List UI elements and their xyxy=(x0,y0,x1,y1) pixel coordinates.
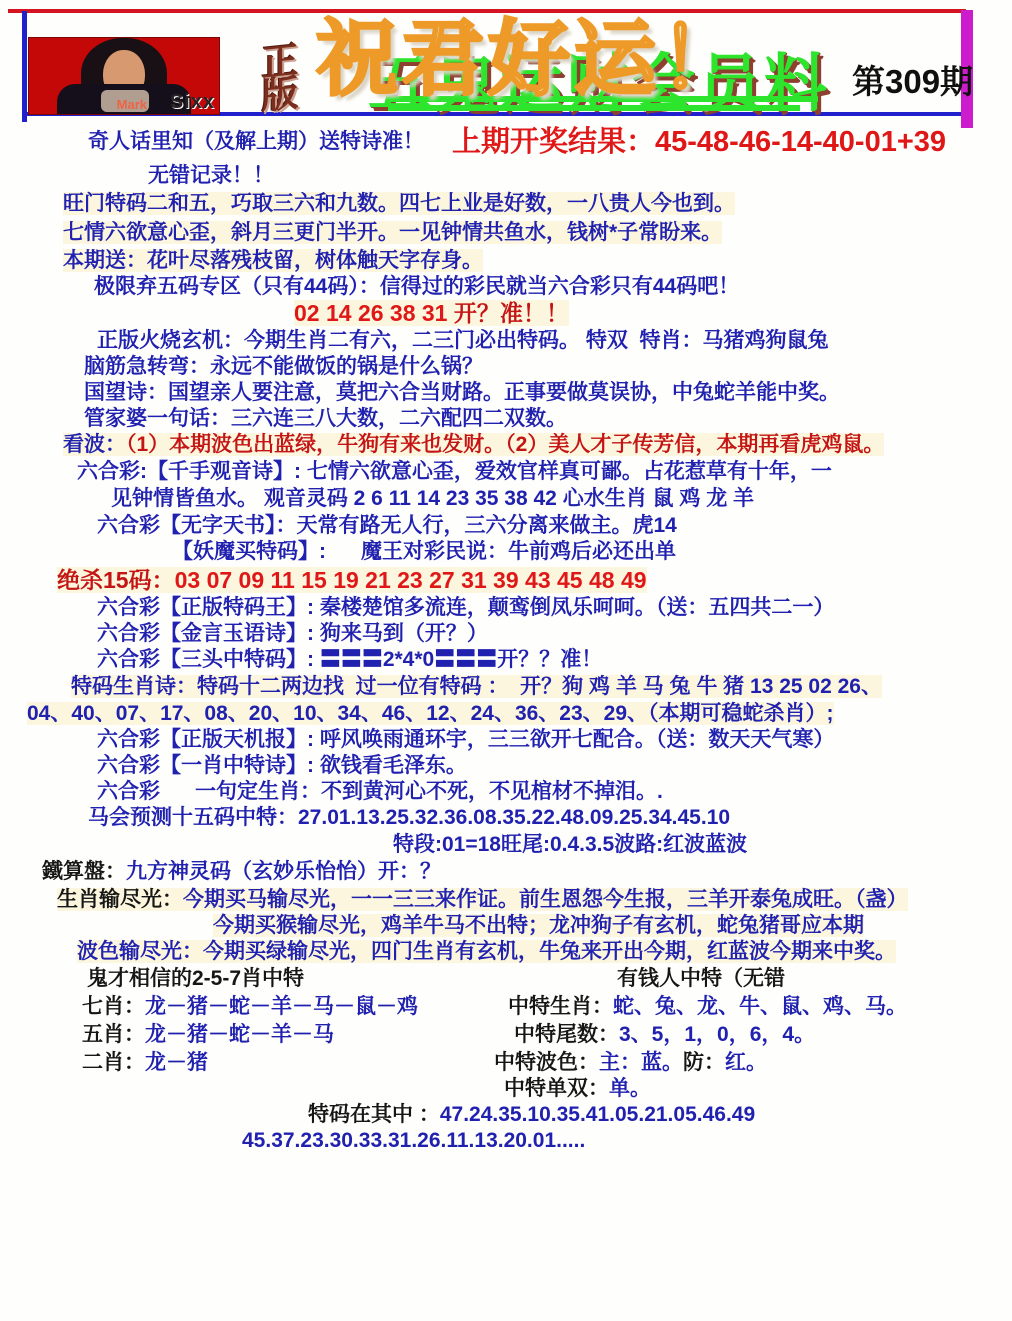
text-segment: 六合彩【三头中特码】: xyxy=(97,648,320,671)
body-line: 无错记录！！ xyxy=(0,162,1012,189)
left-blue-border xyxy=(22,11,27,122)
body-line: 六合彩【金言玉语诗】: 狗来马到（开？） xyxy=(0,621,1012,647)
body-line: 管家婆一句话：三六连三八大数，二六配四二双数。 xyxy=(0,406,1012,432)
text-segment: 防： xyxy=(683,1051,725,1074)
text-segment: 极限弃五码专区（只有44码）：信得过的彩民就当六合彩只有44码吧！ xyxy=(94,275,739,298)
text-segment: 花叶尽落残枝留，树体触天字存身。 xyxy=(147,249,483,272)
text-segment: 不到黄河心不死，不见棺材不掉泪。. xyxy=(321,780,663,803)
body-line: 六合彩 一句定生肖：不到黄河心不死，不见棺材不掉泪。. xyxy=(0,779,1012,805)
text-segment: 正版火烧玄机： xyxy=(97,329,244,352)
line-column: 中特生肖：蛇、兔、龙、牛、鼠、鸡、马。 xyxy=(508,993,907,1021)
body-line: 旺门特码二和五，巧取三六和九数。四七上业是好数，一八贵人今也到。 xyxy=(0,189,1012,218)
line-column: 中特尾数：3、5，1，0，6，4。 xyxy=(514,1021,815,1049)
body-line: 鬼才相信的2-5-7肖中特有钱人中特（无错 xyxy=(0,965,1012,993)
body-line: 六合彩:【千手观音诗】: 七情六欲意心歪，爱效官样真可鄙。占花惹草有十年，一 xyxy=(0,458,1012,485)
marksix-logo-red: Mark xyxy=(117,97,147,112)
text-segment: 鬼才相信的2-5-7肖中特 xyxy=(87,967,304,990)
text-segment: 上期开奖结果：45-48-46-14-40-01+39 xyxy=(452,126,946,158)
text-segment: 无错记录！！ xyxy=(148,164,274,187)
text-segment: 【妖魔买特码】: xyxy=(172,540,361,563)
body-line: 六合彩【正版特码王】: 秦楼楚馆多流连，颠鸾倒凤乐呵呵。（送：五四共二一） xyxy=(0,595,1012,621)
body-line: 六合彩【正版天机报】: 呼风唤雨通环宇，三三欲开七配合。（送：数天天气寒） xyxy=(0,727,1012,753)
text-segment: 45.37.23.30.33.31.26.11.13.20.01..... xyxy=(242,1129,585,1152)
text-segment: 国望诗： xyxy=(84,381,168,404)
text-segment: 生肖输尽光： xyxy=(57,888,183,911)
text-segment: （1）本期波色出蓝绿，牛狗有来也发财。（2）美人才子传芳信，本期再看虎鸡鼠。 xyxy=(126,433,884,456)
text-segment: 02 14 26 38 31 xyxy=(294,300,454,326)
body-line: 中特单双：单。 xyxy=(0,1076,1012,1102)
text-segment: 开？准！！ xyxy=(454,300,569,326)
text-segment: 中特波色： xyxy=(494,1051,599,1074)
line-column: 鬼才相信的2-5-7肖中特 xyxy=(87,965,304,993)
text-segment: 特码生肖诗： xyxy=(71,675,197,698)
text-segment: 03 07 09 11 15 19 21 23 27 31 39 43 45 4… xyxy=(175,567,647,593)
text-segment: 马会预测十五码中特： xyxy=(88,806,298,829)
good-luck-wish: 祝君好运！ xyxy=(316,0,1012,111)
text-segment: 本期送： xyxy=(63,249,147,272)
text-segment: 六合彩【正版特码王】: xyxy=(97,596,320,619)
text-segment: 五肖： xyxy=(82,1023,145,1046)
text-segment: 红。 xyxy=(725,1051,767,1074)
body-line: 五肖：龙－猪－蛇－羊－马中特尾数：3、5，1，0，6，4。 xyxy=(0,1021,1012,1049)
body-line: 六合彩【三头中特码】: 〓〓〓2*4*0〓〓〓开？？准！ xyxy=(0,647,1012,673)
line-column: 二肖：龙－猪 xyxy=(82,1049,208,1076)
body-line: 奇人话里知（及解上期）送特诗准！上期开奖结果：45-48-46-14-40-01… xyxy=(0,122,1012,162)
text-segment: 九方神灵码（玄妙乐怡怡）开：？ xyxy=(126,860,441,883)
text-segment: 27.01.13.25.32.36.08.35.22.48.09.25.34.4… xyxy=(298,806,730,829)
body-line: 七情六欲意心歪，斜月三更门半开。一见钟情共鱼水，钱树*子常盼来。 xyxy=(0,218,1012,247)
text-segment: 六合彩【无字天书】： xyxy=(97,514,297,537)
text-segment: 有钱人中特（无错 xyxy=(617,967,785,990)
body-line: 02 14 26 38 31 开？准！！ xyxy=(0,300,1012,327)
text-segment: 特码十二两边找 过一位有特码 ： 开？狗 鸡 羊 马 兔 牛 猪 13 25 0… xyxy=(197,675,882,698)
text-segment: 呼风唤雨通环宇，三三欲开七配合。（送：数天天气寒） xyxy=(320,728,835,751)
text-segment: 六合彩【金言玉语诗】: xyxy=(97,622,320,645)
text-segment: 永远不能做饭的锅是什么锅？ xyxy=(210,355,483,378)
body-line: 二肖：龙－猪中特波色：主：蓝。防：红。 xyxy=(0,1049,1012,1076)
text-segment: 天常有路无人行，三六分离来做主。虎14 xyxy=(297,514,677,537)
line-column: 上期开奖结果：45-48-46-14-40-01+39 xyxy=(452,122,946,165)
text-segment: 今期生肖二有六，二三门必出特码。 特双 特肖：马猪鸡狗鼠兔 xyxy=(244,329,829,352)
body-line: 马会预测十五码中特：27.01.13.25.32.36.08.35.22.48.… xyxy=(0,805,1012,831)
text-segment: 奇人话里知（及解上期）送特诗准！ xyxy=(88,130,424,153)
body-line: 绝杀15码：03 07 09 11 15 19 21 23 27 31 39 4… xyxy=(0,565,1012,595)
text-segment: 鐵算盤： xyxy=(42,860,126,883)
text-segment: 见钟情皆鱼水。 观音灵码 2 6 11 14 23 35 38 42 心水生肖 … xyxy=(111,487,754,510)
text-segment: 二肖： xyxy=(82,1051,145,1074)
body-line: 特码在其中 ：47.24.35.10.35.41.05.21.05.46.49 xyxy=(0,1102,1012,1128)
text-segment: 中特单双： xyxy=(504,1077,609,1100)
line-column: 奇人话里知（及解上期）送特诗准！ xyxy=(88,122,424,162)
text-segment: 六合彩:【千手观音诗】: xyxy=(77,460,307,483)
text-segment: 六合彩 一句定生肖： xyxy=(97,780,321,803)
text-segment: 今期买绿输尽光，四门生肖有玄机，牛兔来开出今期，红蓝波今期来中奖。 xyxy=(203,940,896,963)
text-segment: 七情六欲意心歪，斜月三更门半开。一见钟情共鱼水，钱树*子常盼来。 xyxy=(63,221,722,244)
body-line: 鐵算盤：九方神灵码（玄妙乐怡怡）开：？ xyxy=(0,858,1012,886)
text-segment: 特码在其中 ： xyxy=(308,1103,440,1126)
authenticity-stamp: 正版 xyxy=(258,40,295,122)
text-segment: 七情六欲意心歪，爱效官样真可鄙。占花惹草有十年，一 xyxy=(307,460,832,483)
text-segment: 旺门特码二和五，巧取三六和九数。四七上业是好数，一八贵人今也到。 xyxy=(63,192,735,215)
text-segment: 秦楼楚馆多流连，颠鸾倒凤乐呵呵。（送：五四共二一） xyxy=(320,596,835,619)
body-line: 六合彩【无字天书】：天常有路无人行，三六分离来做主。虎14 xyxy=(0,513,1012,539)
text-segment: 六合彩【正版天机报】: xyxy=(97,728,320,751)
text-segment: 管家婆一句话： xyxy=(84,407,231,430)
body-line: 波色输尽光：今期买绿输尽光，四门生肖有玄机，牛兔来开出今期，红蓝波今期来中奖。 xyxy=(0,939,1012,965)
body-line: 45.37.23.30.33.31.26.11.13.20.01..... xyxy=(0,1128,1012,1153)
line-column: 五肖：龙－猪－蛇－羊－马 xyxy=(82,1021,334,1049)
text-segment: 04、40、07、17、08、20、10、34、46、12、24、36、23、2… xyxy=(27,702,834,725)
text-segment: 七肖： xyxy=(82,995,145,1018)
text-segment: 3、5，1，0，6，4。 xyxy=(619,1023,815,1046)
text-segment: 波色输尽光： xyxy=(77,940,203,963)
portrait-photo: Mark Sixx xyxy=(28,37,220,115)
text-segment: 龙－猪 xyxy=(145,1051,208,1074)
text-segment: 脑筋急转弯： xyxy=(84,355,210,378)
text-segment: 单。 xyxy=(609,1077,651,1100)
line-column: 中特单双：单。 xyxy=(504,1076,651,1102)
page: Mark Sixx 正版 五鬼运财会员料 第309期 奇人话里知（及解上期）送特… xyxy=(0,0,1012,1321)
text-segment: 主：蓝。 xyxy=(599,1051,683,1074)
body-line: 【妖魔买特码】: 魔王对彩民说：牛前鸡后必还出单 xyxy=(0,539,1012,565)
body-line: 见钟情皆鱼水。 观音灵码 2 6 11 14 23 35 38 42 心水生肖 … xyxy=(0,485,1012,513)
text-segment: 今期买马输尽光，一一三三来作证。前生恩怨今生报，三羊开泰兔成旺。（盏） xyxy=(183,888,908,911)
text-segment: 六合彩【一肖中特诗】: xyxy=(97,754,320,777)
body-line: 六合彩【一肖中特诗】: 欲钱看毛泽东。 xyxy=(0,753,1012,779)
text-segment: 中特生肖： xyxy=(508,995,613,1018)
text-segment: 欲钱看毛泽东。 xyxy=(320,754,467,777)
text-segment: 龙－猪－蛇－羊－马－鼠－鸡 xyxy=(145,995,418,1018)
body-line: 正版火烧玄机：今期生肖二有六，二三门必出特码。 特双 特肖：马猪鸡狗鼠兔 xyxy=(0,327,1012,354)
text-segment: 魔王对彩民说：牛前鸡后必还出单 xyxy=(361,540,676,563)
text-segment: 蛇、兔、龙、牛、鼠、鸡、马。 xyxy=(613,995,907,1018)
body-line: 特码生肖诗：特码十二两边找 过一位有特码 ： 开？狗 鸡 羊 马 兔 牛 猪 1… xyxy=(0,673,1012,700)
body-line: 七肖：龙－猪－蛇－羊－马－鼠－鸡中特生肖：蛇、兔、龙、牛、鼠、鸡、马。 xyxy=(0,993,1012,1021)
text-segment: 〓〓〓2*4*0〓〓〓开？？准！ xyxy=(320,648,602,671)
body-line: 国望诗：国望亲人要注意，莫把六合当财路。正事要做莫误协，中兔蛇羊能中奖。 xyxy=(0,380,1012,406)
text-segment: 国望亲人要注意，莫把六合当财路。正事要做莫误协，中兔蛇羊能中奖。 xyxy=(168,381,840,404)
content-lines: 奇人话里知（及解上期）送特诗准！上期开奖结果：45-48-46-14-40-01… xyxy=(0,122,1012,1153)
line-column: 有钱人中特（无错 xyxy=(617,965,785,993)
text-segment: 特段:01=18旺尾:0.4.3.5波路:红波蓝波 xyxy=(393,833,747,856)
body-line: 今期买猴输尽光，鸡羊牛马不出特；龙冲狗子有玄机，蛇兔猪哥应本期 xyxy=(0,913,1012,939)
text-segment: 三六连三八大数，二六配四二双数。 xyxy=(231,407,567,430)
text-segment: 绝杀15码： xyxy=(57,567,175,593)
body-line: 极限弃五码专区（只有44码）：信得过的彩民就当六合彩只有44码吧！ xyxy=(0,274,1012,300)
body-line: 看波：（1）本期波色出蓝绿，牛狗有来也发财。（2）美人才子传芳信，本期再看虎鸡鼠… xyxy=(0,432,1012,458)
text-segment: 龙－猪－蛇－羊－马 xyxy=(145,1023,334,1046)
body-line: 特段:01=18旺尾:0.4.3.5波路:红波蓝波 xyxy=(0,831,1012,858)
body-line: 04、40、07、17、08、20、10、34、46、12、24、36、23、2… xyxy=(0,700,1012,727)
text-segment: 狗来马到（开？） xyxy=(320,622,488,645)
marksix-logo: Sixx xyxy=(170,91,215,114)
text-segment: 47.24.35.10.35.41.05.21.05.46.49 xyxy=(440,1103,755,1126)
text-segment: 今期买猴输尽光，鸡羊牛马不出特；龙冲狗子有玄机，蛇兔猪哥应本期 xyxy=(213,914,864,937)
line-column: 中特波色：主：蓝。防：红。 xyxy=(494,1049,767,1076)
line-column: 七肖：龙－猪－蛇－羊－马－鼠－鸡 xyxy=(82,993,418,1021)
body-line: 脑筋急转弯：永远不能做饭的锅是什么锅？ xyxy=(0,354,1012,380)
body-line: 本期送：花叶尽落残枝留，树体触天字存身。 xyxy=(0,247,1012,274)
text-segment: 中特尾数： xyxy=(514,1023,619,1046)
body-line: 生肖输尽光：今期买马输尽光，一一三三来作证。前生恩怨今生报，三羊开泰兔成旺。（盏… xyxy=(0,886,1012,913)
text-segment: 看波： xyxy=(63,433,126,456)
